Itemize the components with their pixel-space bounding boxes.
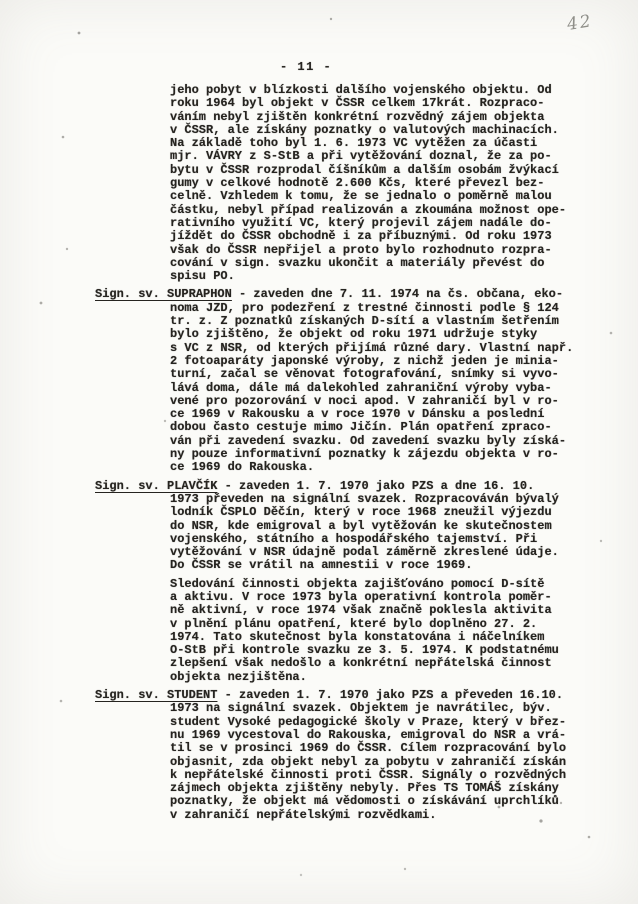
document-body: jeho pobyt v blízkosti dalšího vojenskéh… — [95, 84, 603, 827]
section-text: jeho pobyt v blízkosti dalšího vojenskéh… — [170, 83, 566, 283]
scanned-document-page: - 11 - 42 jeho pobyt v blízkosti dalšího… — [0, 0, 638, 904]
section-text: - zaveden 1. 7. 1970 jako PZS a dne 16. … — [170, 479, 559, 573]
document-section: jeho pobyt v blízkosti dalšího vojenskéh… — [95, 84, 603, 283]
document-section: Sign. sv. PLAVČÍK - zaveden 1. 7. 1970 j… — [95, 480, 603, 684]
section-heading: Sign. sv. STUDENT — [95, 688, 217, 702]
section-text: - zaveden 1. 7. 1970 jako PZS a převeden… — [170, 688, 566, 822]
handwritten-page-numeral: 42 — [566, 11, 594, 35]
scan-noise — [0, 0, 2, 2]
section-heading: Sign. sv. PLAVČÍK — [95, 479, 217, 493]
document-section: Sign. sv. STUDENT - zaveden 1. 7. 1970 j… — [95, 689, 603, 822]
section-subparagraph: Sledování činnosti objekta zajišťováno p… — [170, 578, 603, 684]
page-number: - 11 - — [280, 60, 332, 74]
document-section: Sign. sv. SUPRAPHON - zaveden dne 7. 11.… — [95, 288, 603, 474]
section-text: - zaveden dne 7. 11. 1974 na čs. občana,… — [170, 287, 573, 474]
section-heading: Sign. sv. SUPRAPHON — [95, 287, 232, 301]
